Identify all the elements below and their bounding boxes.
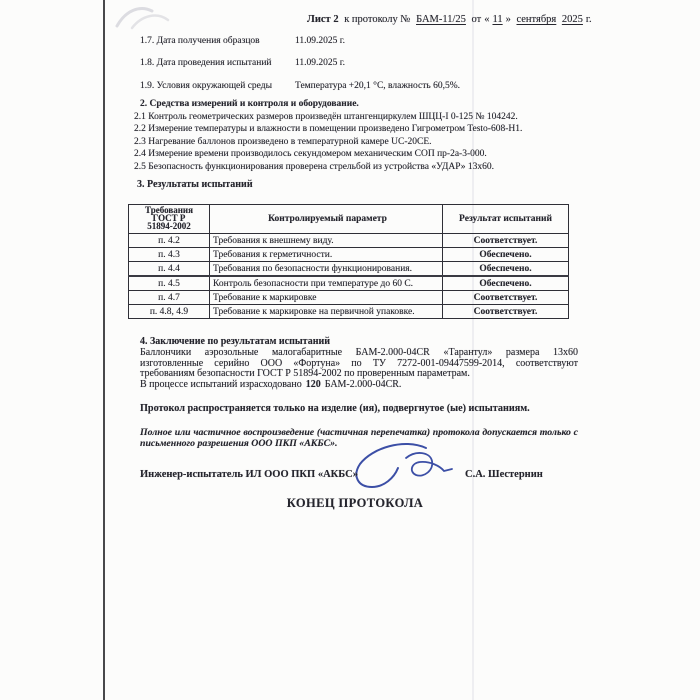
- sheet-number: Лист 2: [307, 14, 339, 25]
- field-row-test-date: 1.8. Дата проведения испытаний 11.09.202…: [140, 58, 580, 68]
- column-header-result: Результат испытаний: [443, 205, 569, 234]
- signer-role: Инженер-испытатель ИЛ ООО ПКП «АКБС»: [140, 469, 358, 480]
- field-label: 1.7. Дата получения образцов: [140, 36, 260, 46]
- table-row: п. 4.8, 4.9 Требование к маркировке на п…: [129, 305, 569, 319]
- scan-edge-line: [103, 0, 105, 700]
- field-value: 11.09.2025 г.: [295, 58, 345, 68]
- section2-line: 2.4 Измерение времени производилось секу…: [134, 148, 522, 161]
- cell-requirement: п. 4.7: [129, 291, 210, 305]
- protocol-scope-note: Протокол распространяется только на изде…: [140, 403, 530, 414]
- year-suffix: г.: [586, 14, 592, 25]
- header-from: от: [472, 14, 482, 25]
- cell-result: Соответствует.: [443, 291, 569, 305]
- table-row: п. 4.7 Требование к маркировке Соответст…: [129, 291, 569, 305]
- section3-title: 3. Результаты испытаний: [137, 179, 253, 190]
- consumed-suffix: БАМ-2.000-04CR.: [325, 379, 402, 390]
- ink-smudge: [112, 2, 174, 32]
- protocol-year: 2025: [562, 14, 583, 25]
- protocol-day: 11: [492, 14, 502, 25]
- quote-open: «: [484, 14, 489, 25]
- field-value: 11.09.2025 г.: [295, 36, 345, 46]
- cell-requirement: п. 4.2: [129, 234, 210, 248]
- cell-parameter: Требования к герметичности.: [210, 248, 443, 262]
- conclusion-paragraph: Баллончики аэрозольные малогабаритные БА…: [140, 348, 578, 390]
- consumed-line: В процессе испытаний израсходовано120БАМ…: [140, 380, 578, 391]
- cell-result: Обеспечено.: [443, 248, 569, 262]
- field-label: 1.8. Дата проведения испытаний: [140, 58, 272, 68]
- quote-close: »: [506, 14, 511, 25]
- header-line: Лист 2 к протоколу № БАМ-11/25 от«11» се…: [307, 14, 595, 25]
- section2-line: 2.2 Измерение температуры и влажности в …: [134, 123, 522, 136]
- table-row: п. 4.5 Контроль безопасности при темпера…: [129, 276, 569, 291]
- table-header-row: Требования ГОСТ Р 51894-2002 Контролируе…: [129, 205, 569, 234]
- table-row: п. 4.4 Требования по безопасности функци…: [129, 262, 569, 277]
- section2-line: 2.1 Контроль геометрических размеров про…: [134, 111, 522, 124]
- results-table: Требования ГОСТ Р 51894-2002 Контролируе…: [128, 204, 569, 319]
- cell-parameter: Требование к маркировке: [210, 291, 443, 305]
- cell-parameter: Требование к маркировке на первичной упа…: [210, 305, 443, 319]
- section4-title: 4. Заключение по результатам испытаний: [140, 336, 330, 347]
- protocol-month: сентября: [516, 14, 556, 25]
- signer-name: С.А. Шестернин: [465, 469, 543, 480]
- protocol-number: БАМ-11/25: [416, 14, 466, 25]
- field-row-samples-received: 1.7. Дата получения образцов 11.09.2025 …: [140, 36, 580, 46]
- copy-note-line: Полное или частичное воспроизведение (ча…: [140, 427, 578, 438]
- cell-requirement: п. 4.3: [129, 248, 210, 262]
- conclusion-line: Баллончики аэрозольные малогабаритные БА…: [140, 348, 578, 359]
- column-header-parameter: Контролируемый параметр: [210, 205, 443, 234]
- field-row-environment: 1.9. Условия окружающей среды Температур…: [140, 81, 580, 91]
- cell-result: Соответствует.: [443, 234, 569, 248]
- cell-parameter: Контроль безопасности при температуре до…: [210, 276, 443, 291]
- section-measuring-instruments: 2. Средства измерений и контроля и обору…: [134, 98, 522, 174]
- table-row: п. 4.3 Требования к герметичности. Обесп…: [129, 248, 569, 262]
- consumed-prefix: В процессе испытаний израсходовано: [140, 379, 302, 390]
- cell-requirement: п. 4.4: [129, 262, 210, 277]
- cell-result: Обеспечено.: [443, 276, 569, 291]
- signature-scribble: [346, 440, 458, 496]
- field-value: Температура +20,1 °С, влажность 60,5%.: [295, 81, 460, 91]
- cell-requirement: п. 4.8, 4.9: [129, 305, 210, 319]
- section2-line: 2.3 Нагревание баллонов произведено в те…: [134, 136, 522, 149]
- table-row: п. 4.2 Требования к внешнему виду. Соотв…: [129, 234, 569, 248]
- cell-parameter: Требования к внешнему виду.: [210, 234, 443, 248]
- cell-result: Обеспечено.: [443, 262, 569, 277]
- cell-parameter: Требования по безопасности функционирова…: [210, 262, 443, 277]
- cell-result: Соответствует.: [443, 305, 569, 319]
- header-text: к протоколу №: [344, 14, 410, 25]
- consumed-quantity: 120: [306, 379, 321, 390]
- section2-title: 2. Средства измерений и контроля и обору…: [140, 98, 522, 111]
- field-label: 1.9. Условия окружающей среды: [140, 81, 272, 91]
- end-of-protocol-label: КОНЕЦ ПРОТОКОЛА: [140, 496, 570, 511]
- column-header-requirements: Требования ГОСТ Р 51894-2002: [129, 205, 210, 234]
- cell-requirement: п. 4.5: [129, 276, 210, 291]
- section2-line: 2.5 Безопасность функционирования провер…: [134, 161, 522, 174]
